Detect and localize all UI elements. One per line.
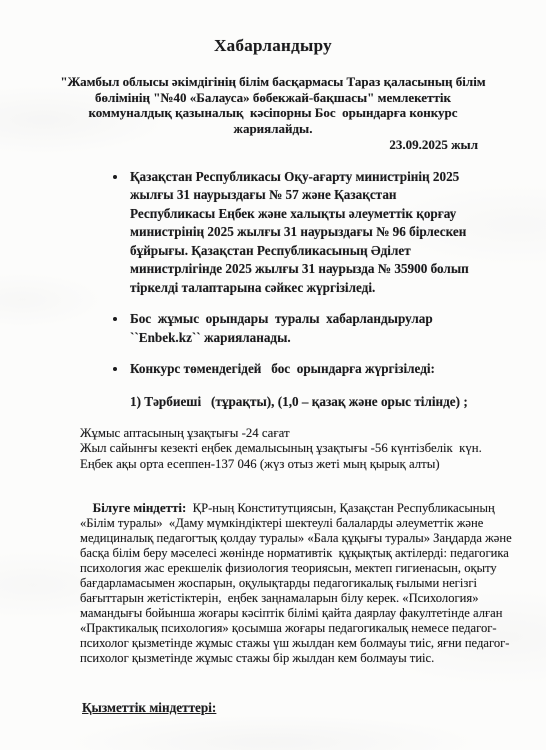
bullet-item-publication: Бос жұмыс орындары туралы хабарландырула… <box>128 310 484 347</box>
duties-heading: Қызметтік міндеттері: <box>82 700 546 716</box>
condition-line-week-length: Жұмыс аптасының ұзақтығы -24 сағат <box>80 426 546 442</box>
vacancy-line: 1) Тәрбиеші (тұрақты), (1,0 – қазақ және… <box>130 394 546 410</box>
announcement-intro: "Жамбыл облысы әкімдігінің білім басқарм… <box>52 74 494 136</box>
requirements-label: Білуге міндетті: <box>93 500 187 515</box>
announcement-date: 23.09.2025 жыл <box>0 137 546 153</box>
conditions-block: Жұмыс аптасының ұзақтығы -24 сағат Жыл с… <box>80 426 546 473</box>
document-page: Хабарландыру "Жамбыл облысы әкімдігінің … <box>0 0 546 750</box>
bullet-item-vacancy-list: Конкурс төмендегідей бос орындарға жүргі… <box>128 360 484 379</box>
requirements-paragraph: Білуге міндетті: ҚР-ның Конститутциясын,… <box>80 485 514 681</box>
condition-line-vacation: Жыл сайынғы кезекті еңбек демалысының ұз… <box>80 441 546 457</box>
requirements-text: ҚР-ның Конститутциясын, Қазақстан Респуб… <box>80 501 515 665</box>
page-title: Хабарландыру <box>0 0 546 56</box>
condition-line-salary: Еңбек ақы орта есеппен-137 046 (жүз отыз… <box>80 457 546 473</box>
bullet-item-joint-order: Қазақстан Республикасы Оқу-ағарту минист… <box>128 168 484 298</box>
bullet-list: Қазақстан Республикасы Оқу-ағарту минист… <box>112 168 484 379</box>
